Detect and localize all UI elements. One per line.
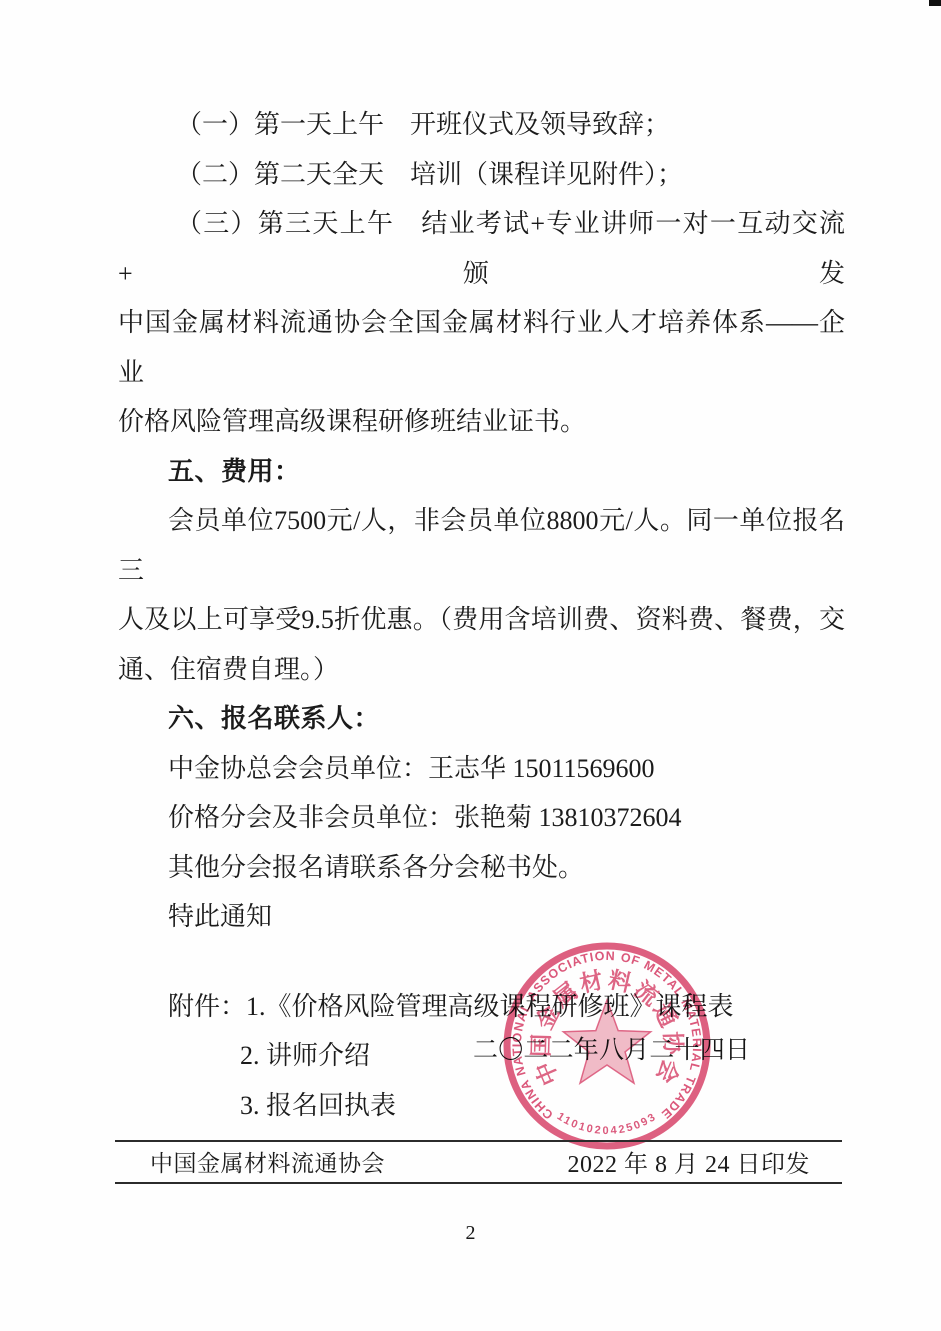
agenda-line-3-cont-1: 中国金属材料流通协会全国金属材料行业人才培养体系——企业	[118, 298, 845, 397]
contact-line-3: 其他分会报名请联系各分会秘书处。	[118, 843, 845, 893]
section-6-heading: 六、报名联系人：	[118, 694, 845, 744]
footer-top-rule	[115, 1140, 842, 1142]
footer-bottom-rule	[115, 1182, 842, 1184]
page-number: 2	[0, 1222, 941, 1245]
official-seal: CHINA NATIONAL ASSOCIATION OF METAL MATE…	[497, 936, 717, 1156]
contact-line-1: 中金协总会会员单位：王志华 15011569600	[118, 744, 845, 794]
section-5-heading: 五、费用：	[118, 447, 845, 497]
agenda-line-3: （三）第三天上午 结业考试+专业讲师一对一互动交流+颁发	[118, 199, 845, 298]
footer-print-date: 2022 年 8 月 24 日印发	[568, 1144, 811, 1179]
agenda-line-3-cont-2: 价格风险管理高级课程研修班结业证书。	[118, 397, 845, 447]
fee-line-3: 通、住宿费自理。）	[118, 645, 845, 695]
agenda-line-1: （一）第一天上午 开班仪式及领导致辞；	[118, 100, 845, 150]
fee-line-2: 人及以上可享受9.5折优惠。（费用含培训费、资料费、餐费，交	[118, 595, 845, 645]
seal-star-icon	[563, 1000, 650, 1083]
contact-line-2: 价格分会及非会员单位：张艳菊 13810372604	[118, 793, 845, 843]
footer-row: 中国金属材料流通协会 2022 年 8 月 24 日印发	[115, 1141, 842, 1182]
seal-code-text: 1101020425093	[555, 1110, 659, 1137]
spacer	[118, 942, 845, 982]
scan-artifact	[929, 0, 941, 6]
attachment-label-line: 附件：1.《价格风险管理高级课程研修班》课程表	[118, 982, 845, 1032]
notice-line: 特此通知	[118, 892, 845, 942]
scanned-notice-page: （一）第一天上午 开班仪式及领导致辞； （二）第二天全天 培训（课程详见附件）；…	[0, 0, 941, 1331]
footer-issuer: 中国金属材料流通协会	[150, 1145, 385, 1178]
fee-line-1: 会员单位7500元/人，非会员单位8800元/人。同一单位报名三	[118, 496, 845, 595]
document-body: （一）第一天上午 开班仪式及领导致辞； （二）第二天全天 培训（课程详见附件）；…	[118, 100, 845, 1130]
agenda-line-2: （二）第二天全天 培训（课程详见附件）；	[118, 150, 845, 200]
attachment-item-3: 3. 报名回执表	[118, 1081, 845, 1131]
